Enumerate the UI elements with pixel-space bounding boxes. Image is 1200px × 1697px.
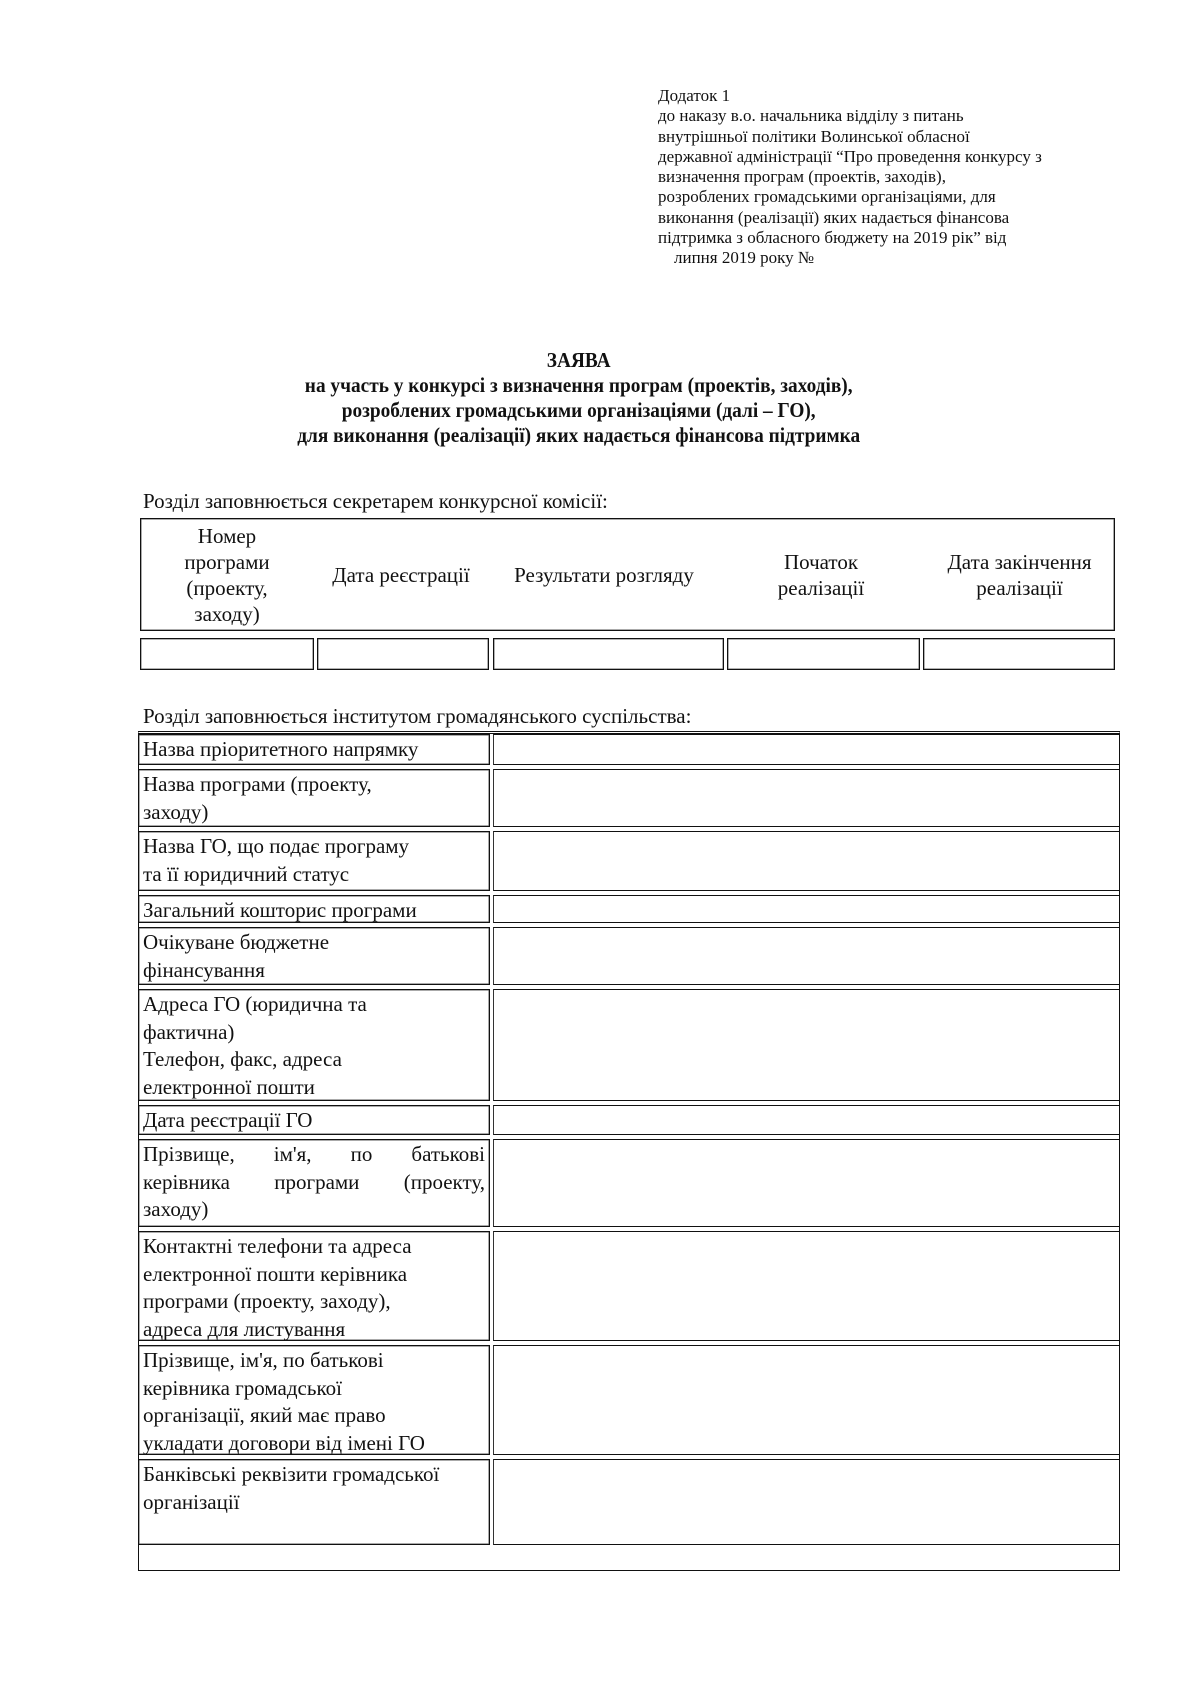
form-row-label: Контактні телефони та адресаелектронної … <box>138 1231 490 1341</box>
header-text-line: реалізації <box>778 575 864 601</box>
label-line: електронної пошти керівника <box>143 1261 485 1289</box>
annex-line: липня 2019 року № <box>658 248 1138 268</box>
header-text-line: заходу) <box>184 601 269 627</box>
label-line: Контактні телефони та адреса <box>143 1233 485 1261</box>
form-row-value-field[interactable] <box>493 989 1120 1101</box>
label-line: заходу) <box>143 1196 485 1224</box>
form-row-value-field[interactable] <box>493 1345 1120 1455</box>
form-row: Прізвище, ім'я, по батьковікерівника про… <box>138 1139 1120 1227</box>
form-row-label: Дата реєстрації ГО <box>138 1105 490 1135</box>
form-row-label: Назва програми (проекту,заходу) <box>138 769 490 827</box>
label-line: Назва пріоритетного напрямку <box>143 736 485 764</box>
title-heading: ЗАЯВА <box>0 348 1157 373</box>
label-line: Загальний кошторис програми <box>143 897 485 925</box>
section2-label: Розділ заповнюється інститутом громадянс… <box>143 704 691 729</box>
label-line: програми (проекту, заходу), <box>143 1288 485 1316</box>
form-row-label: Назва ГО, що подає програмута її юридичн… <box>138 831 490 891</box>
label-line: Дата реєстрації ГО <box>143 1107 485 1135</box>
header-text-line: Результати розгляду <box>514 562 694 588</box>
form-row-label: Загальний кошторис програми <box>138 895 490 923</box>
form-row-value-field[interactable] <box>493 927 1120 985</box>
form-row-label: Адреса ГО (юридична тафактична)Телефон, … <box>138 989 490 1101</box>
label-line: керівника програми (проекту, <box>143 1169 485 1197</box>
column-header-end-date: Дата закінченняреалізації <box>923 519 1116 630</box>
column-header-review-results: Результати розгляду <box>489 519 719 630</box>
header-text-line: реалізації <box>947 575 1091 601</box>
form-row: Контактні телефони та адресаелектронної … <box>138 1231 1120 1341</box>
document-title: ЗАЯВА на участь у конкурсі з визначення … <box>0 348 1157 448</box>
form-row: Дата реєстрації ГО <box>138 1105 1120 1135</box>
label-line: фактична) <box>143 1019 485 1047</box>
label-line: керівника громадської <box>143 1375 485 1403</box>
start-field[interactable] <box>727 638 920 670</box>
label-line: фінансування <box>143 957 485 985</box>
column-header-start: Початокреалізації <box>719 519 923 630</box>
form-row-value-field[interactable] <box>493 734 1120 765</box>
form-row: Назва ГО, що подає програмута її юридичн… <box>138 831 1120 891</box>
header-text-line: Дата реєстрації <box>332 562 469 588</box>
form-row-value-field[interactable] <box>493 1459 1120 1545</box>
title-line: розроблених громадськими організаціями (… <box>0 398 1157 423</box>
label-line: Банківські реквізити громадської <box>143 1461 485 1489</box>
form-row-value-field[interactable] <box>493 1139 1120 1227</box>
label-line: Назва ГО, що подає програму <box>143 833 485 861</box>
registration-date-field[interactable] <box>317 638 489 670</box>
header-text-line: (проекту, <box>184 575 269 601</box>
label-line: Прізвище, ім'я, по батькові <box>143 1141 485 1169</box>
section1-label: Розділ заповнюється секретарем конкурсно… <box>143 489 608 514</box>
label-line: адреса для листування <box>143 1316 485 1344</box>
form-row: Адреса ГО (юридична тафактична)Телефон, … <box>138 989 1120 1101</box>
label-line: організації, який має право <box>143 1402 485 1430</box>
annex-header: Додаток 1 до наказу в.о. начальника відд… <box>658 86 1138 269</box>
annex-line: визначення програм (проектів, заходів), <box>658 167 1138 187</box>
program-number-field[interactable] <box>140 638 314 670</box>
column-header-registration-date: Дата реєстрації <box>313 519 489 630</box>
form-row: Очікуване бюджетнефінансування <box>138 927 1120 985</box>
annex-line: виконання (реалізації) яких надається фі… <box>658 208 1138 228</box>
annex-line: Додаток 1 <box>658 86 1138 106</box>
form-row-value-field[interactable] <box>493 769 1120 827</box>
label-line: Адреса ГО (юридична та <box>143 991 485 1019</box>
form-row-label: Назва пріоритетного напрямку <box>138 734 490 765</box>
label-line: заходу) <box>143 799 485 827</box>
label-line: організації <box>143 1489 485 1517</box>
title-line: для виконання (реалізації) яких надаєтьс… <box>0 423 1157 448</box>
secretary-table-row <box>140 638 1115 670</box>
secretary-table-header: Номерпрограми(проекту,заходу) Дата реєст… <box>140 518 1115 631</box>
annex-line: підтримка з обласного бюджету на 2019 рі… <box>658 228 1138 248</box>
end-date-field[interactable] <box>923 638 1115 670</box>
title-line: на участь у конкурсі з визначення програ… <box>0 373 1157 398</box>
form-row-label: Прізвище, ім'я, по батьковікерівника гро… <box>138 1345 490 1455</box>
organization-table: Назва пріоритетного напрямкуНазва програ… <box>138 731 1120 1571</box>
form-row-value-field[interactable] <box>493 1231 1120 1341</box>
form-row: Назва програми (проекту,заходу) <box>138 769 1120 827</box>
label-line: Очікуване бюджетне <box>143 929 485 957</box>
label-line: та її юридичний статус <box>143 861 485 889</box>
annex-line: внутрішньої політики Волинської обласної <box>658 127 1138 147</box>
annex-line: до наказу в.о. начальника відділу з пита… <box>658 106 1138 126</box>
form-row: Загальний кошторис програми <box>138 895 1120 923</box>
review-results-field[interactable] <box>493 638 724 670</box>
label-line: Прізвище, ім'я, по батькові <box>143 1347 485 1375</box>
form-row: Прізвище, ім'я, по батьковікерівника гро… <box>138 1345 1120 1455</box>
form-row-label: Очікуване бюджетнефінансування <box>138 927 490 985</box>
label-line: укладати договори від імені ГО <box>143 1430 485 1458</box>
header-text-line: програми <box>184 549 269 575</box>
label-line: Телефон, факс, адреса <box>143 1046 485 1074</box>
annex-line: державної адміністрації “Про проведення … <box>658 147 1138 167</box>
header-text-line: Номер <box>184 523 269 549</box>
form-row-value-field[interactable] <box>493 831 1120 891</box>
form-row-label: Прізвище, ім'я, по батьковікерівника про… <box>138 1139 490 1227</box>
annex-line: розроблених громадськими організаціями, … <box>658 187 1138 207</box>
column-header-program-number: Номерпрограми(проекту,заходу) <box>141 519 313 630</box>
form-row: Банківські реквізити громадськоїорганіза… <box>138 1459 1120 1545</box>
form-row-value-field[interactable] <box>493 895 1120 923</box>
header-text-line: Початок <box>778 549 864 575</box>
form-row: Назва пріоритетного напрямку <box>138 734 1120 765</box>
label-line: електронної пошти <box>143 1074 485 1102</box>
form-row-label: Банківські реквізити громадськоїорганіза… <box>138 1459 490 1545</box>
form-row-value-field[interactable] <box>493 1105 1120 1135</box>
label-line: Назва програми (проекту, <box>143 771 485 799</box>
header-text-line: Дата закінчення <box>947 549 1091 575</box>
